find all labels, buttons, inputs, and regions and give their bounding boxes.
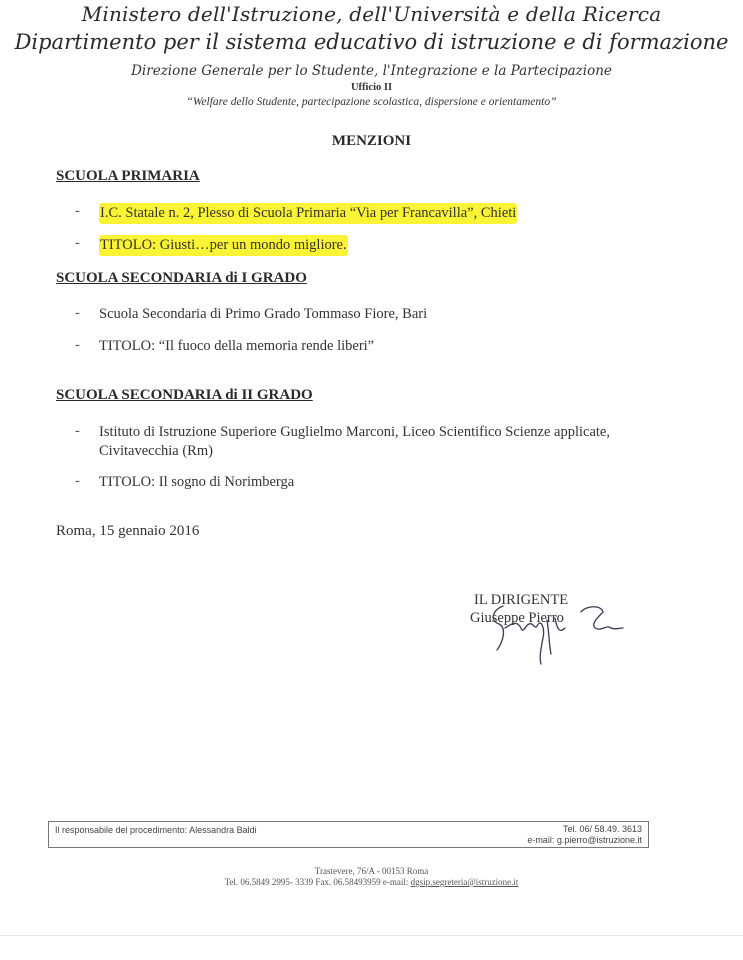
directorate-header: Direzione Generale per lo Studente, l'In… xyxy=(0,63,743,79)
list-dash: - xyxy=(75,423,99,461)
office-header: Ufficio II xyxy=(0,82,743,93)
list-dash: - xyxy=(75,235,99,256)
list-item-text: Istituto di Istruzione Superiore Gugliel… xyxy=(99,423,635,461)
list-item-text: TITOLO: Il sogno di Norimberga xyxy=(99,473,294,492)
office-contacts: Tel. 06.5849 2995- 3339 Fax. 06.58493959… xyxy=(0,877,743,887)
department-header: Dipartimento per il sistema educativo di… xyxy=(0,30,743,54)
list-item: - Scuola Secondaria di Primo Grado Tomma… xyxy=(75,305,427,324)
contacts-email-link[interactable]: dgsip.segreteria@istruzione.it xyxy=(411,877,519,887)
list-dash: - xyxy=(75,203,99,224)
contacts-text: Tel. 06.5849 2995- 3339 Fax. 06.58493959… xyxy=(225,877,411,887)
handwritten-signature xyxy=(485,598,625,668)
section-heading-primaria: SCUOLA PRIMARIA xyxy=(56,168,200,185)
list-dash: - xyxy=(75,337,99,356)
list-item: - TITOLO: Il sogno di Norimberga xyxy=(75,473,294,492)
highlighted-text: I.C. Statale n. 2, Plesso di Scuola Prim… xyxy=(99,203,517,224)
footer-phone: Tel. 06/ 58.49. 3613 xyxy=(527,824,642,835)
footer-responsible-box: Il responsabile del procedimento: Alessa… xyxy=(48,821,649,848)
ministry-header: Ministero dell'Istruzione, dell'Universi… xyxy=(0,2,743,26)
highlighted-text: TITOLO: Giusti…per un mondo migliore. xyxy=(99,235,348,256)
list-item: - Istituto di Istruzione Superiore Gugli… xyxy=(75,423,635,461)
footer-email: e-mail: g.pierro@istruzione.it xyxy=(527,835,642,846)
responsible-person: Il responsabile del procedimento: Alessa… xyxy=(55,825,257,835)
list-item-text: Scuola Secondaria di Primo Grado Tommaso… xyxy=(99,305,427,324)
list-item-text: TITOLO: “Il fuoco della memoria rende li… xyxy=(99,337,374,356)
section-heading-secondaria-2: SCUOLA SECONDARIA di II GRADO xyxy=(56,387,313,404)
scan-edge-divider xyxy=(0,935,743,936)
section-heading-secondaria-1: SCUOLA SECONDARIA di I GRADO xyxy=(56,270,307,287)
office-subtitle: “Welfare dello Studente, partecipazione … xyxy=(0,96,743,108)
list-dash: - xyxy=(75,473,99,492)
list-item: - TITOLO: “Il fuoco della memoria rende … xyxy=(75,337,374,356)
document-title: MENZIONI xyxy=(0,133,743,150)
office-address: Trastevere, 76/A - 00153 Roma xyxy=(0,866,743,876)
document-date: Roma, 15 gennaio 2016 xyxy=(56,523,199,540)
list-item: - I.C. Statale n. 2, Plesso di Scuola Pr… xyxy=(75,203,517,224)
list-item: - TITOLO: Giusti…per un mondo migliore. xyxy=(75,235,348,256)
list-dash: - xyxy=(75,305,99,324)
